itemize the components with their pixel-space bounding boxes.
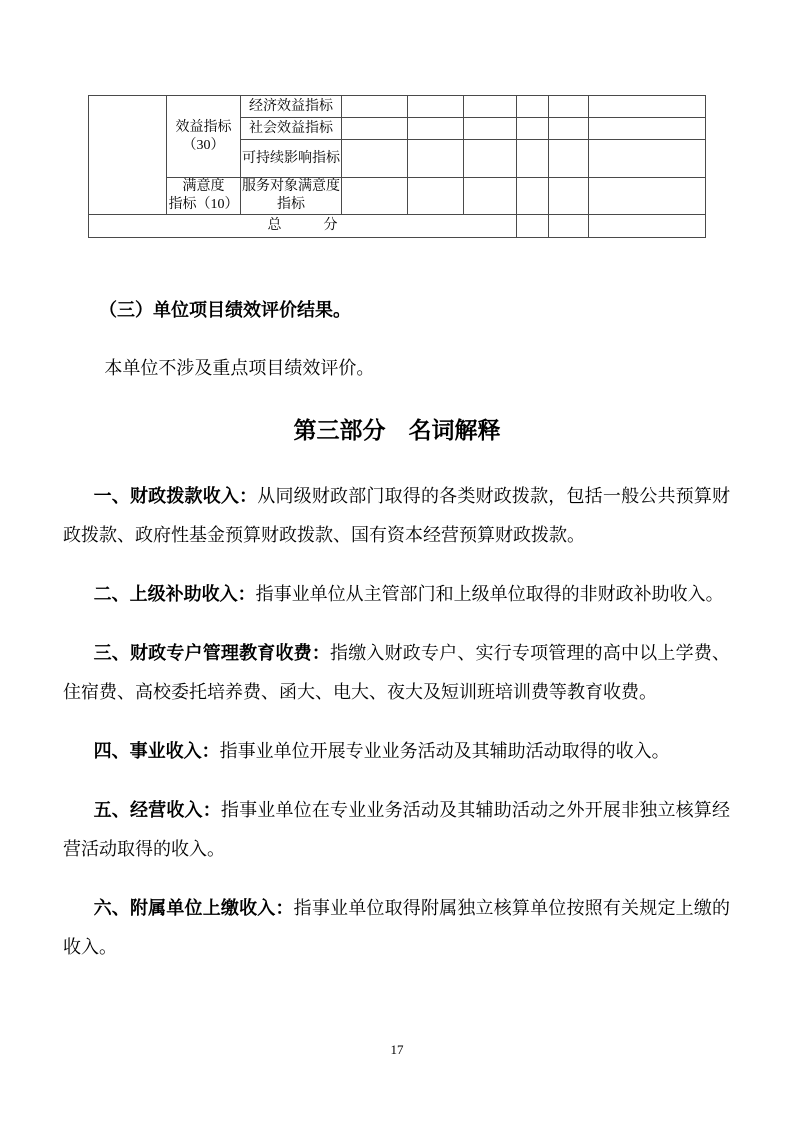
score-cell xyxy=(549,118,589,140)
score-cell xyxy=(517,140,549,178)
score-cell xyxy=(549,178,589,215)
score-cell xyxy=(408,118,464,140)
score-cell xyxy=(408,140,464,178)
table-row-total: 总 分 xyxy=(89,215,706,238)
score-cell xyxy=(589,96,706,118)
definition-item: 五、经营收入：指事业单位在专业业务活动及其辅助活动之外开展非独立核算经营活动取得… xyxy=(63,791,730,869)
score-cell xyxy=(408,178,464,215)
definition-item: 一、财政拨款收入：从同级财政部门取得的各类财政拨款，包括一般公共预算财政拨款、政… xyxy=(63,477,730,555)
table-row: 满意度 指标（10） 服务对象满意度 指标 xyxy=(89,178,706,215)
definition-term: 一、财政拨款收入： xyxy=(94,486,258,506)
definition-text: 指事业单位开展专业业务活动及其辅助活动取得的收入。 xyxy=(220,741,670,761)
score-cell xyxy=(549,215,589,238)
score-cell xyxy=(342,96,408,118)
definition-term: 五、经营收入： xyxy=(94,800,221,820)
score-cell xyxy=(517,96,549,118)
intro-paragraph: 本单位不涉及重点项目绩效评价。 xyxy=(63,356,730,380)
definition-term: 六、附属单位上缴收入： xyxy=(94,898,294,918)
definitions-section: 一、财政拨款收入：从同级财政部门取得的各类财政拨款，包括一般公共预算财政拨款、政… xyxy=(63,477,730,987)
score-cell xyxy=(464,178,517,215)
definition-term: 二、上级补助收入： xyxy=(94,584,256,604)
score-cell xyxy=(549,96,589,118)
indicator-cell-economic: 经济效益指标 xyxy=(241,96,342,118)
score-cell xyxy=(342,140,408,178)
benefit-group-cell: 效益指标 （30） xyxy=(167,96,241,178)
score-cell xyxy=(342,118,408,140)
score-cell xyxy=(589,215,706,238)
score-cell xyxy=(589,118,706,140)
definition-term: 三、财政专户管理教育收费： xyxy=(94,643,330,663)
score-cell xyxy=(517,118,549,140)
indicator-cell-sustainability: 可持续影响指标 xyxy=(241,140,342,178)
part3-title: 第三部分 名词解释 xyxy=(0,414,794,448)
score-cell xyxy=(464,96,517,118)
page-number: 17 xyxy=(0,1042,794,1058)
score-cell xyxy=(464,118,517,140)
score-cell xyxy=(589,178,706,215)
definition-item: 四、事业收入：指事业单位开展专业业务活动及其辅助活动取得的收入。 xyxy=(63,732,730,771)
score-cell xyxy=(408,96,464,118)
definition-term: 四、事业收入： xyxy=(94,741,220,761)
definition-item: 六、附属单位上缴收入：指事业单位取得附属独立核算单位按照有关规定上缴的收入。 xyxy=(63,889,730,967)
document-page: 效益指标 （30） 经济效益指标 社会效益指标 可持续影响指标 xyxy=(0,0,794,1123)
category-cell-empty xyxy=(89,96,167,215)
score-cell xyxy=(517,215,549,238)
definition-item: 三、财政专户管理教育收费：指缴入财政专户、实行专项管理的高中以上学费、住宿费、高… xyxy=(63,634,730,712)
score-cell xyxy=(464,140,517,178)
indicator-cell-service-satisfaction: 服务对象满意度 指标 xyxy=(241,178,342,215)
score-cell xyxy=(517,178,549,215)
table-row: 效益指标 （30） 经济效益指标 xyxy=(89,96,706,118)
score-cell xyxy=(342,178,408,215)
performance-indicator-table: 效益指标 （30） 经济效益指标 社会效益指标 可持续影响指标 xyxy=(88,95,706,238)
score-cell xyxy=(549,140,589,178)
section-heading-3: （三）单位项目绩效评价结果。 xyxy=(63,298,730,322)
satisfaction-group-cell: 满意度 指标（10） xyxy=(167,178,241,215)
definition-item: 二、上级补助收入：指事业单位从主管部门和上级单位取得的非财政补助收入。 xyxy=(63,575,730,614)
score-cell xyxy=(589,140,706,178)
total-label-cell: 总 分 xyxy=(89,215,517,238)
definition-text: 指事业单位从主管部门和上级单位取得的非财政补助收入。 xyxy=(256,584,724,604)
indicator-cell-social: 社会效益指标 xyxy=(241,118,342,140)
